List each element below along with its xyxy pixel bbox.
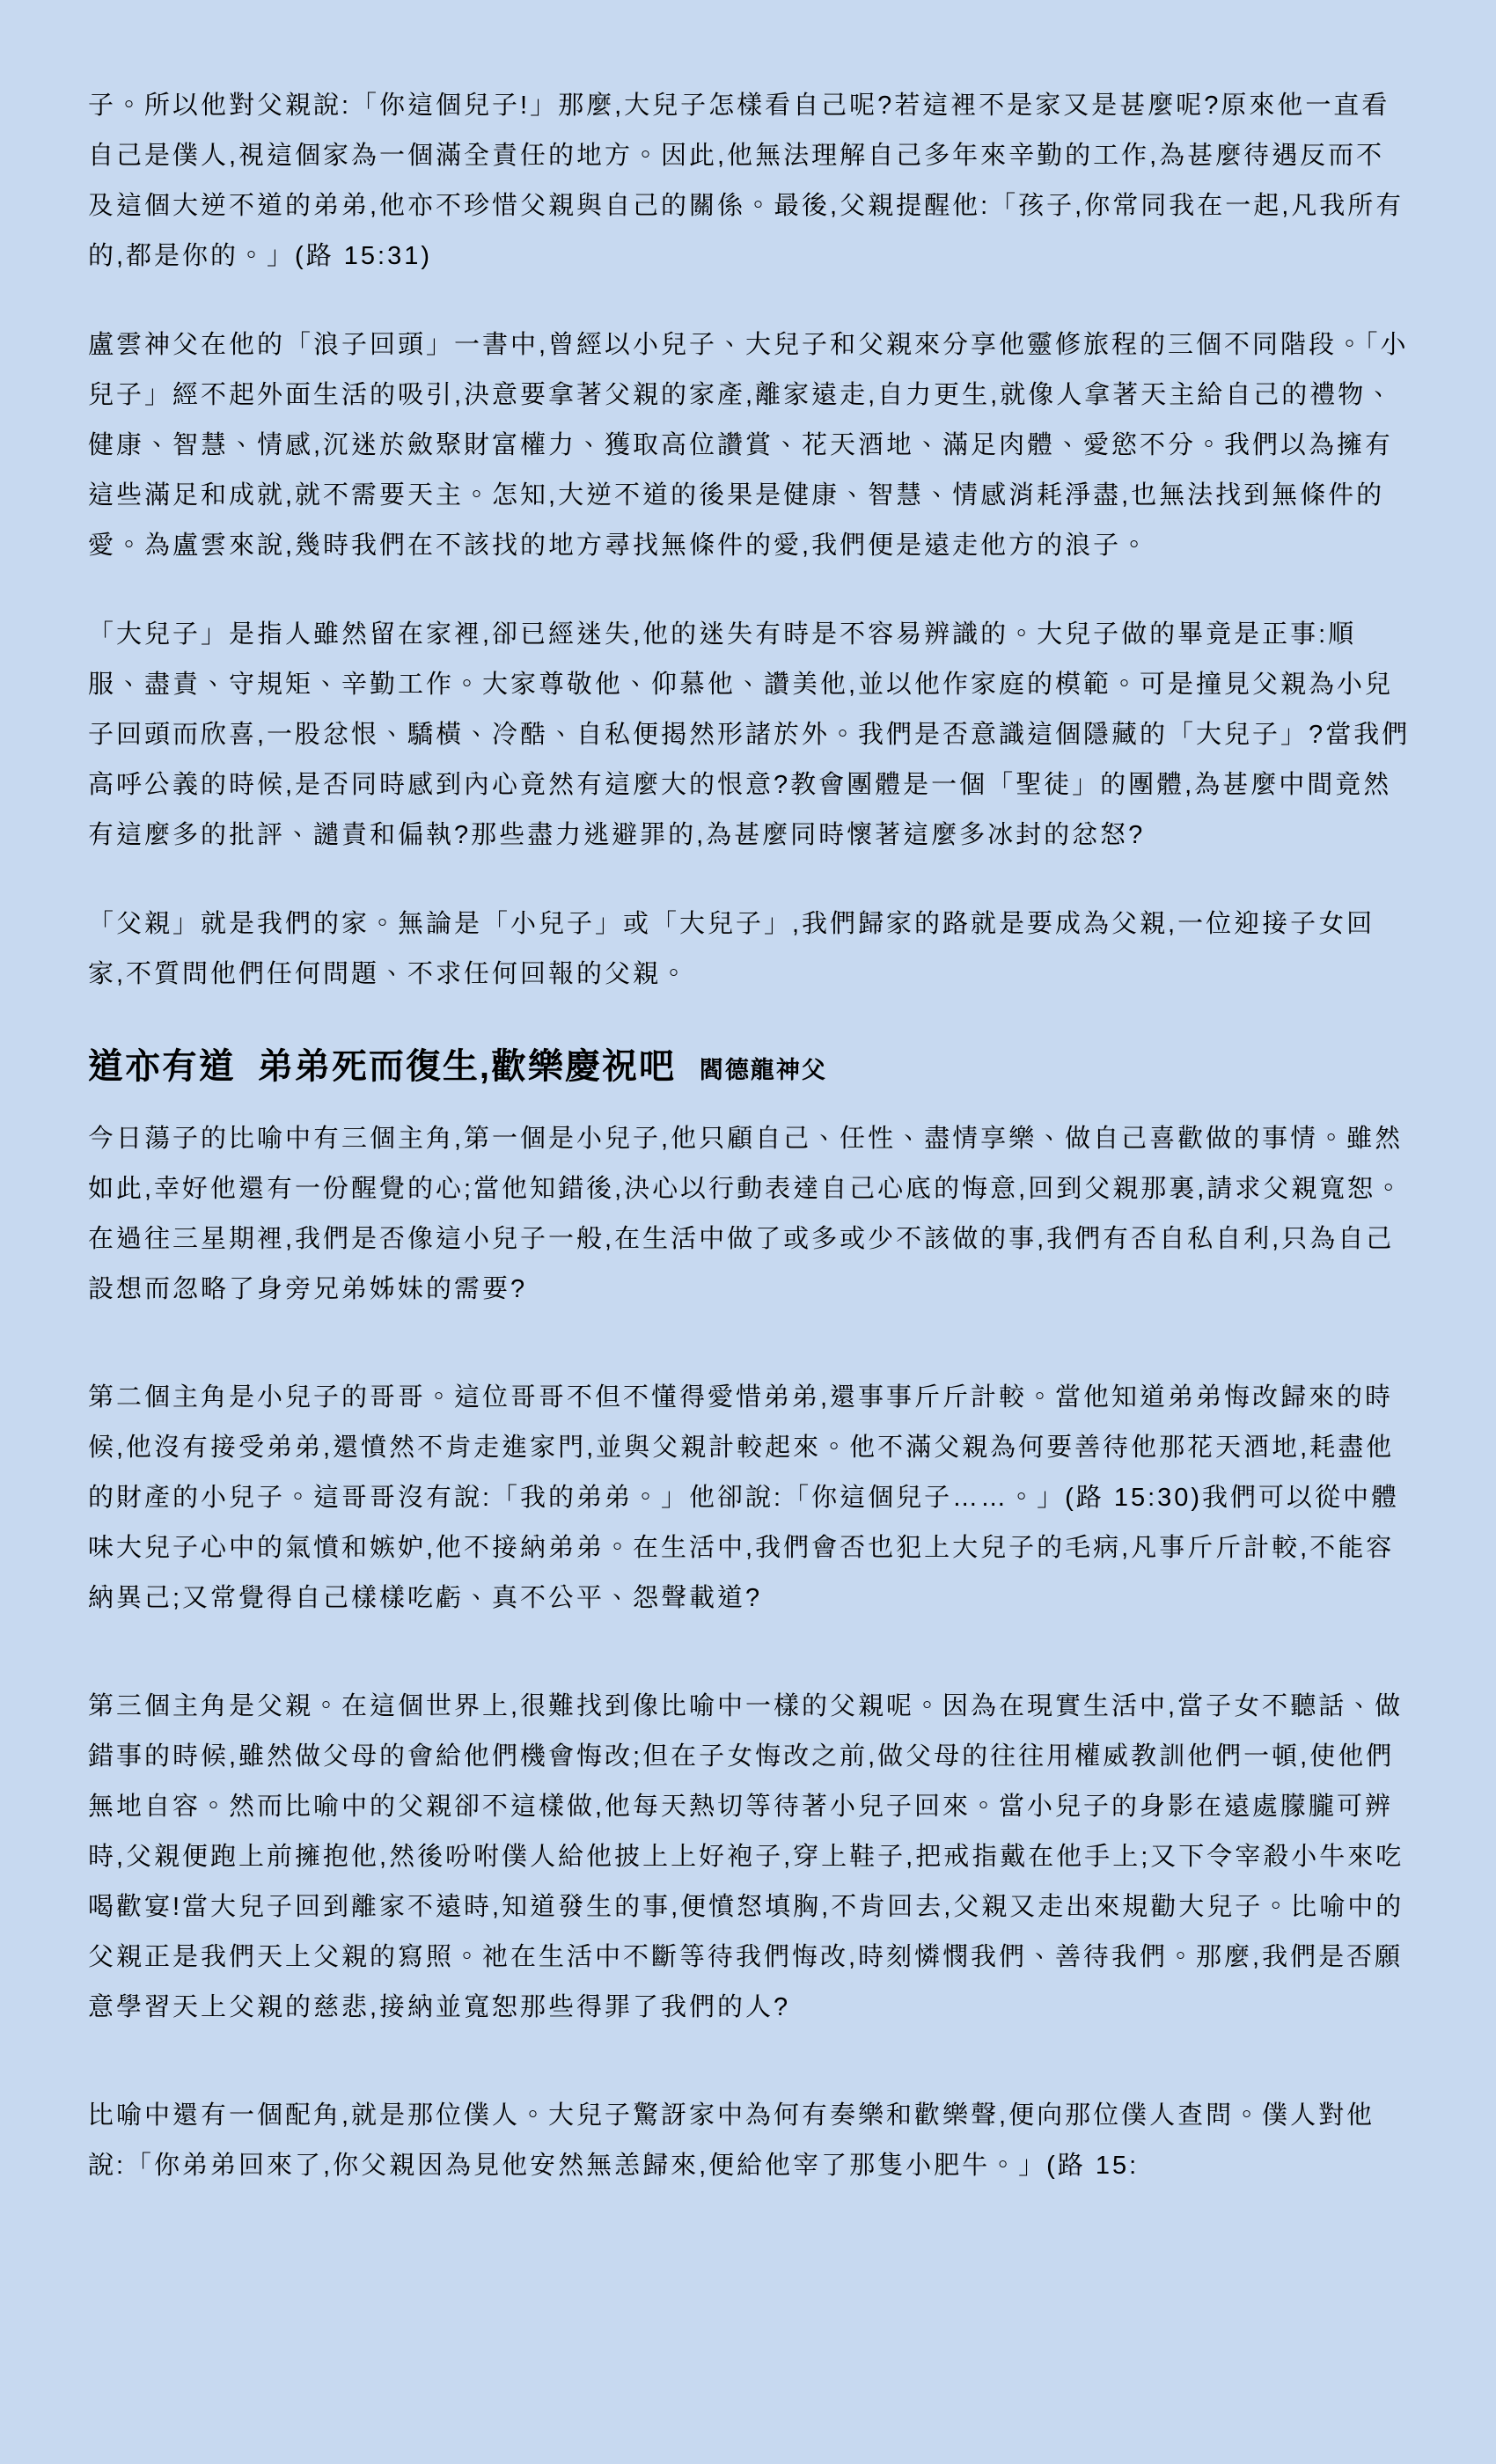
paragraph-elder-son-view: 子。所以他對父親說:「你這個兒子!」那麼,大兒子怎樣看自己呢?若這裡不是家又是甚…	[88, 81, 1412, 282]
paragraph-nouwen-elder-son: 「大兒子」是指人雖然留在家裡,卻已經迷失,他的迷失有時是不容易辨識的。大兒子做的…	[88, 610, 1412, 861]
article-heading: 道亦有道 弟弟死而復生,歡樂慶祝吧 閻德龍神父	[88, 1045, 1412, 1091]
paragraph-nouwen-younger-son: 盧雲神父在他的「浪子回頭」一書中,曾經以小兒子、大兒子和父親來分享他靈修旅程的三…	[88, 320, 1412, 571]
paragraph-second-character-elder-brother: 第二個主角是小兒子的哥哥。這位哥哥不但不懂得愛惜弟弟,還事事斤斤計較。當他知道弟…	[88, 1373, 1412, 1624]
paragraph-supporting-character-servant: 比喻中還有一個配角,就是那位僕人。大兒子驚訝家中為何有奏樂和歡樂聲,便向那位僕人…	[88, 2091, 1412, 2191]
section-homily-three-characters: 今日蕩子的比喻中有三個主角,第一個是小兒子,他只顧自己、任性、盡情享樂、做自己喜…	[88, 1114, 1412, 2191]
author-name: 閻德龍神父	[700, 1057, 827, 1083]
article-page: 子。所以他對父親說:「你這個兒子!」那麼,大兒子怎樣看自己呢?若這裡不是家又是甚…	[0, 0, 1496, 2464]
column-title: 道亦有道	[88, 1047, 236, 1086]
paragraph-first-character-younger-son: 今日蕩子的比喻中有三個主角,第一個是小兒子,他只顧自己、任性、盡情享樂、做自己喜…	[88, 1114, 1412, 1315]
paragraph-third-character-father: 第三個主角是父親。在這個世界上,很難找到像比喻中一樣的父親呢。因為在現實生活中,…	[88, 1682, 1412, 2033]
article-title: 弟弟死而復生,歡樂慶祝吧	[258, 1047, 676, 1086]
section-elder-son-reflection: 子。所以他對父親說:「你這個兒子!」那麼,大兒子怎樣看自己呢?若這裡不是家又是甚…	[88, 81, 1412, 1000]
paragraph-father-is-home: 「父親」就是我們的家。無論是「小兒子」或「大兒子」,我們歸家的路就是要成為父親,…	[88, 899, 1412, 1000]
